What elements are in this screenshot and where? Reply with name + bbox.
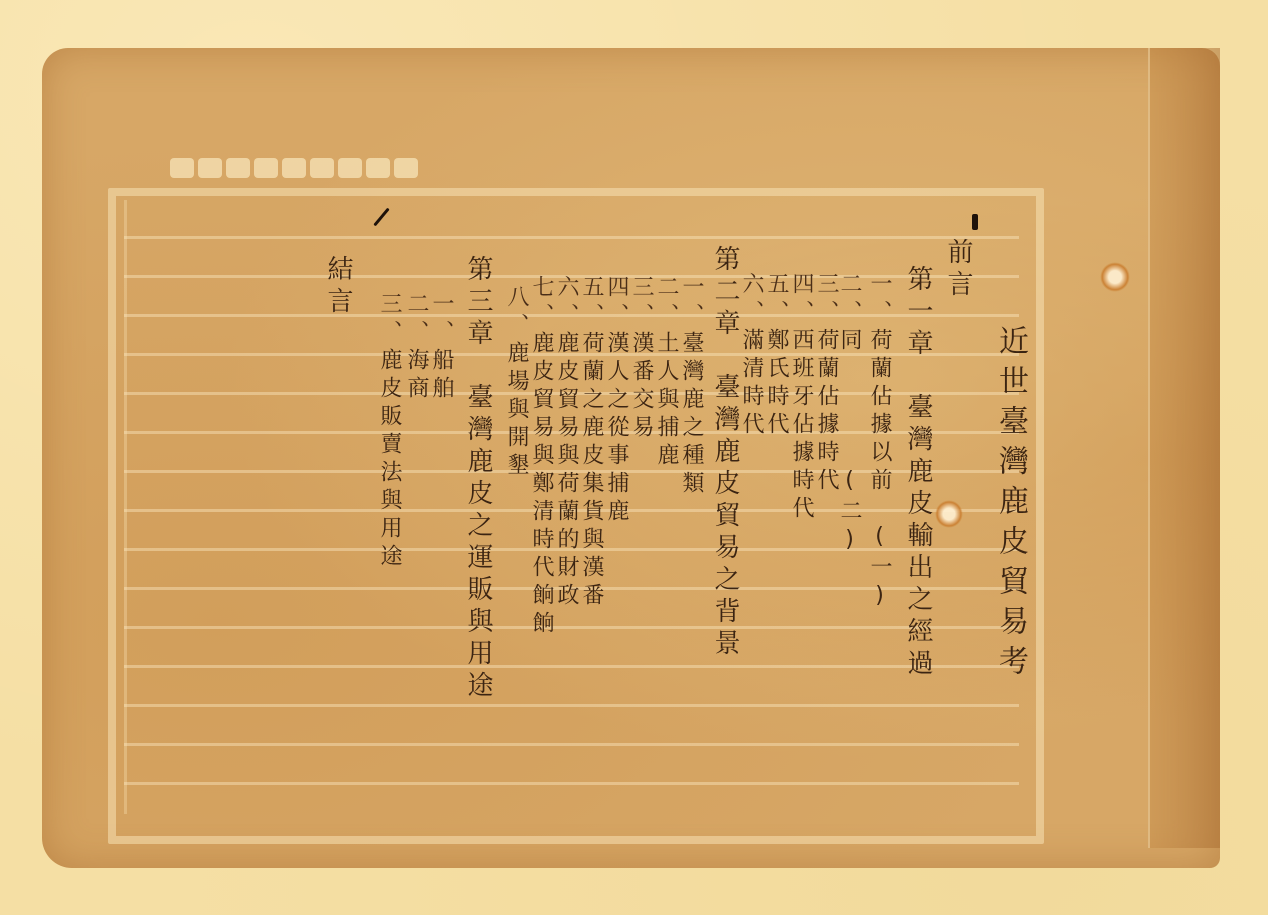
toc-ch2-sec8: 八、鹿場與開墾	[505, 285, 527, 481]
toc-ch3-sec1: 一、船舶	[430, 292, 452, 404]
toc-ch2-sec6: 六、鹿皮貿易與荷蘭的財政	[555, 275, 577, 611]
chapter-label: 第二章	[710, 245, 740, 341]
toc-ch2-sec3: 三、漢番交易	[630, 275, 652, 443]
toc-ch3-sec2: 二、海商	[405, 292, 427, 404]
faded-char-block	[366, 158, 390, 178]
chapter-title: 臺灣鹿皮貿易之背景	[710, 373, 740, 661]
chapter-title: 臺灣鹿皮之運販與用途	[463, 383, 493, 703]
toc-ch1-sec6: 六、滿清時代	[740, 272, 762, 440]
faded-char-block	[226, 158, 250, 178]
faded-char-block	[338, 158, 362, 178]
toc-ch1-sec5: 五、鄭氏時代	[765, 272, 787, 440]
faded-printed-header	[170, 158, 418, 180]
toc-chapter3: 第三章 臺灣鹿皮之運販與用途	[465, 255, 491, 703]
faded-char-block	[170, 158, 194, 178]
toc-ch2-sec4: 四、漢人之從事捕鹿	[605, 275, 627, 527]
document-title: 近世臺灣鹿皮貿易考	[995, 325, 1025, 685]
toc-ch1-sec4: 四、西班牙佔據時代	[790, 272, 812, 524]
toc-conclusion: 結言	[325, 255, 351, 319]
toc-ch1-sec3: 三、荷蘭佔據時代	[815, 272, 837, 496]
toc-ch3-sec3: 三、鹿皮販賣法與用途	[378, 292, 400, 572]
ink-mark	[972, 214, 978, 230]
toc-ch2-sec2: 二、土人與捕鹿	[655, 275, 677, 471]
toc-preface: 前言	[945, 238, 971, 302]
faded-char-block	[394, 158, 418, 178]
faded-char-block	[282, 158, 306, 178]
faded-char-block	[310, 158, 334, 178]
stain-spot	[1100, 262, 1130, 292]
faded-char-block	[254, 158, 278, 178]
toc-ch2-sec5: 五、荷蘭之鹿皮集貨與漢番	[580, 275, 602, 611]
toc-ch2-sec7: 七、鹿皮貿易與鄭清時代餉餉	[530, 275, 552, 639]
toc-ch2-sec1: 一、臺灣鹿之種類	[680, 275, 702, 499]
toc-chapter1: 第一章 臺灣鹿皮輸出之經過	[905, 265, 931, 681]
chapter-label: 第一章	[903, 265, 933, 361]
faded-char-block	[198, 158, 222, 178]
chapter-title: 臺灣鹿皮輸出之經過	[903, 393, 933, 681]
toc-chapter2: 第二章 臺灣鹿皮貿易之背景	[712, 245, 738, 661]
toc-ch1-sec1: 一、荷蘭佔據以前 (一)	[868, 272, 890, 614]
stain-spot	[935, 500, 963, 528]
chapter-label: 第三章	[463, 255, 493, 351]
torn-right-edge	[1148, 48, 1220, 848]
toc-ch1-sec2: 二、同 (二)	[838, 272, 860, 558]
